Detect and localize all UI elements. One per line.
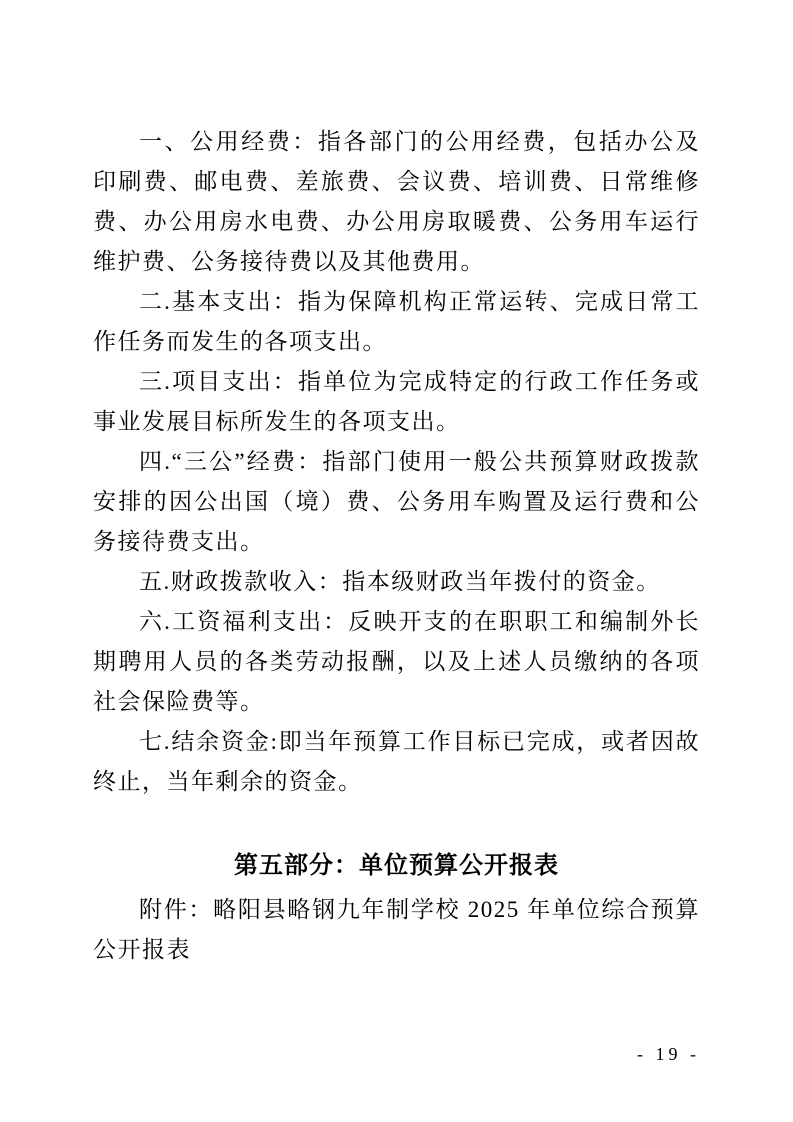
section-heading-part-five: 第五部分：单位预算公开报表 bbox=[93, 846, 700, 886]
paragraph-surplus-funds: 七.结余资金:即当年预算工作目标已完成，或者因故终止，当年剩余的资金。 bbox=[93, 722, 700, 802]
page-number: - 19 - bbox=[637, 1042, 700, 1066]
paragraph-three-public-funds: 四.“三公”经费：指部门使用一般公共预算财政拨款安排的因公出国（境）费、公务用车… bbox=[93, 442, 700, 562]
paragraph-public-funds: 一、公用经费：指各部门的公用经费，包括办公及印刷费、邮电费、差旅费、会议费、培训… bbox=[93, 122, 700, 282]
paragraph-fiscal-appropriation-income: 五.财政拨款收入：指本级财政当年拨付的资金。 bbox=[93, 562, 700, 602]
paragraph-basic-expenditure: 二.基本支出：指为保障机构正常运转、完成日常工作任务而发生的各项支出。 bbox=[93, 282, 700, 362]
attachment-reference-line: 附件：略阳县略钢九年制学校 2025 年单位综合预算公开报表 bbox=[93, 890, 700, 970]
paragraph-project-expenditure: 三.项目支出：指单位为完成特定的行政工作任务或事业发展目标所发生的各项支出。 bbox=[93, 362, 700, 442]
document-page: 一、公用经费：指各部门的公用经费，包括办公及印刷费、邮电费、差旅费、会议费、培训… bbox=[0, 0, 793, 1122]
document-text-block: 一、公用经费：指各部门的公用经费，包括办公及印刷费、邮电费、差旅费、会议费、培训… bbox=[93, 122, 700, 970]
paragraph-wage-welfare-expenditure: 六.工资福利支出：反映开支的在职职工和编制外长期聘用人员的各类劳动报酬，以及上述… bbox=[93, 602, 700, 722]
